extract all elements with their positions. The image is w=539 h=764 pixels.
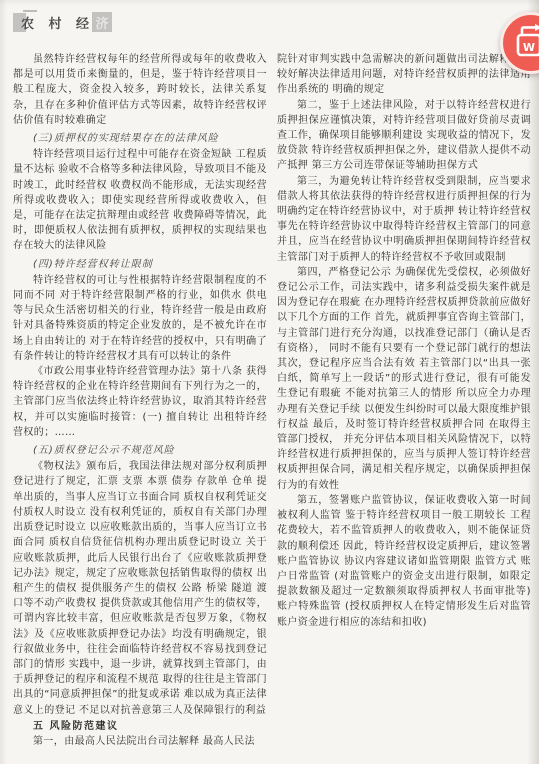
chapter-heading: 五 风险防范建议: [13, 719, 267, 734]
journal-section-title-tail: 济: [96, 13, 109, 32]
left-column: 虽然特许经营权每年的经营所得或每年的收费收入都是可以用货币来衡量的，但是，鉴于特…: [13, 52, 267, 758]
journal-section-title: 农 村 经: [17, 13, 94, 32]
paragraph: 《物权法》颁布后，我国法律法规对部分权利质押登记进行了规定，汇票 支票 本票 债…: [13, 459, 267, 717]
paragraph: 特许经营权的可让与性根据特许经营限制程度的不同而不同 对于特许经营限制严格的行业…: [13, 273, 267, 364]
paragraph: 虽然特许经营权每年的经营所得或每年的收费收入都是可以用货币来衡量的，但是，鉴于特…: [13, 52, 267, 128]
section-heading: (三)质押权的实现结果存在的法律风险: [13, 131, 267, 146]
paragraph: 特许经营项目运行过程中可能存在资金短缺 工程质量不达标 验收不合格等多种法律风险…: [13, 147, 267, 253]
journal-section-tag: 农 村 经 济: [13, 11, 112, 33]
svg-text:W: W: [523, 41, 535, 54]
article-body: 虽然特许经营权每年的经营所得或每年的收费收入都是可以用货币来衡量的，但是，鉴于特…: [13, 52, 531, 758]
paragraph: 《市政公用事业特许经营管理办法》第十八条 获得特许经营权的企业在特许经营期间有下…: [13, 364, 267, 440]
right-column: 院针对审判实践中急需解决的新问题做出司法解释，够较好解决法律适用问题，对特许经营…: [277, 52, 531, 758]
paragraph: 第五，签署账户监管协议，保证收费收入第一时间被权利人监管 鉴于特许经营权项目一般…: [277, 493, 531, 630]
watermark-icon: W: [512, 24, 539, 62]
document-page: 农 村 经 济 虽然特许经营权每年的经营所得或每年的收费收入都是可以用货币来衡量…: [0, 0, 539, 764]
paragraph: 第一，由最高人民法院出台司法解释 最高人民法: [13, 734, 267, 749]
paragraph: 第二，鉴于上述法律风险，对于以特许经营权进行质押担保应谨慎决策，对特许经营项目做…: [277, 98, 531, 174]
section-heading: (四)特许经营权转让限制: [13, 257, 267, 272]
section-heading: (五)质权登记公示不规范风险: [13, 443, 267, 458]
paragraph: 第三，为避免转让特许经营权受到限制，应当要求借款人将其依法获得的特许经营权进行质…: [277, 174, 531, 265]
paragraph: 第四，严格登记公示 为确保优先受偿权，必须做好登记公示工作，司法实践中，诸多利益…: [277, 265, 531, 493]
paragraph: 院针对审判实践中急需解决的新问题做出司法解释，够较好解决法律适用问题，对特许经营…: [277, 52, 531, 98]
tag-decor-block-right: 济: [92, 12, 112, 32]
